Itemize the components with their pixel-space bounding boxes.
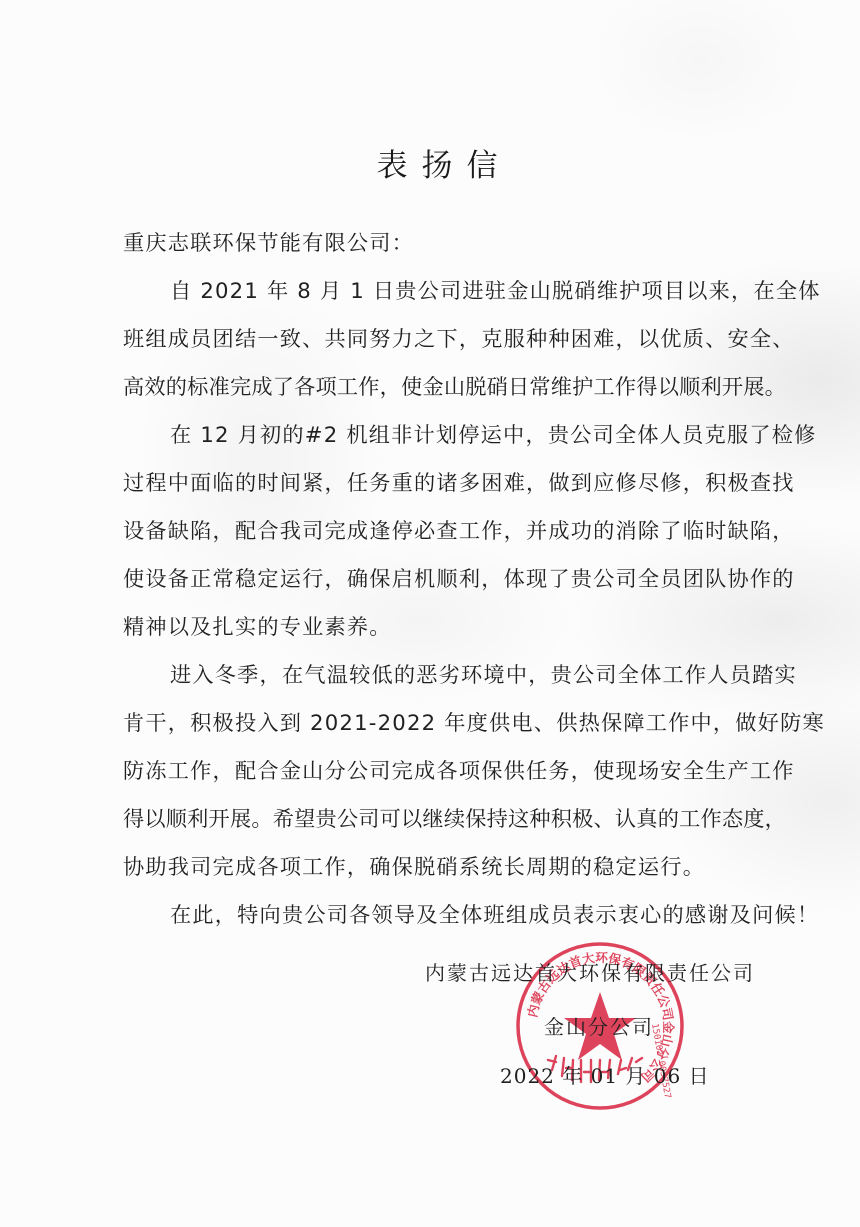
paragraph-2-line-5: 精神以及扎实的专业素养。 [123,613,763,641]
signature-organization: 内蒙古远达首大环保有限责任公司 [425,957,755,986]
signature-date: 2022 年 01 月 06 日 [500,1060,710,1089]
paragraph-3-line-3: 防冻工作，配合金山分公司完成各项保供任务，使现场安全生产工作 [123,757,763,785]
paragraph-2-line-1: 在 12 月初的#2 机组非计划停运中，贵公司全体人员克服了检修 [170,421,762,449]
paragraph-1-line-2: 班组成员团结一致、共同努力之下，克服种种困难，以优质、安全、 [123,325,763,353]
paragraph-1-line-1: 自 2021 年 8 月 1 日贵公司进驻金山脱硝维护项目以来，在全体 [170,277,762,305]
paragraph-2-line-2: 过程中面临的时间紧，任务重的诸多困难，做到应修尽修，积极查找 [123,469,763,497]
paragraph-1-line-3: 高效的标准完成了各项工作，使金山脱硝日常维护工作得以顺利开展。 [123,373,763,401]
paragraph-3-line-2: 肯干，积极投入到 2021-2022 年度供电、供热保障工作中，做好防寒 [123,709,763,737]
signature-branch: 金山分公司 [544,1011,654,1040]
paragraph-3-line-4: 得以顺利开展。希望贵公司可以继续保持这种积极、认真的工作态度， [123,805,763,833]
paragraph-3-line-1: 进入冬季，在气温较低的恶劣环境中，贵公司全体工作人员踏实 [170,661,762,689]
paragraph-2-line-3: 设备缺陷，配合我司完成逢停必查工作，并成功的消除了临时缺陷， [123,517,763,545]
salutation: 重庆志联环保节能有限公司： [123,229,763,257]
paragraph-2-line-4: 使设备正常稳定运行，确保启机顺利，体现了贵公司全员团队协作的 [123,565,763,593]
letter-title: 表扬信 [0,140,860,185]
closing-line: 在此，特向贵公司各领导及全体班组成员表示衷心的感谢及问候！ [170,901,762,929]
paragraph-3-line-5: 协助我司完成各项工作，确保脱硝系统长周期的稳定运行。 [123,853,763,881]
